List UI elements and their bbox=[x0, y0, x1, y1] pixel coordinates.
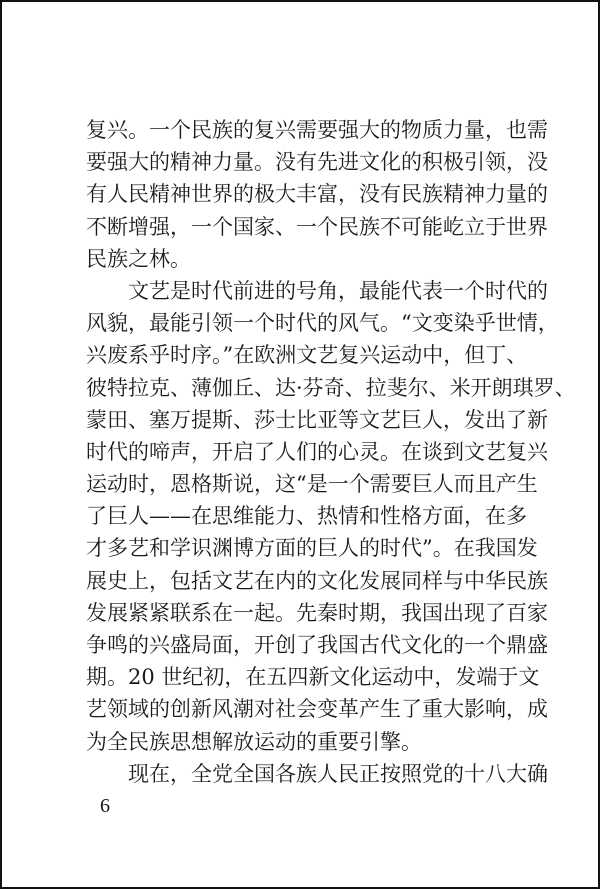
text-line: 争鸣的兴盛局面，开创了我国古代文化的一个鼎盛 bbox=[86, 629, 526, 661]
text-line: 文艺是时代前进的号角，最能代表一个时代的 bbox=[86, 275, 526, 307]
text-line: 艺领域的创新风潮对社会变革产生了重大影响，成 bbox=[86, 693, 526, 725]
text-line: 了巨人——在思维能力、热情和性格方面，在多 bbox=[86, 500, 526, 532]
text-line: 时代的啼声，开启了人们的心灵。在谈到文艺复兴 bbox=[86, 436, 526, 468]
text-line: 为全民族思想解放运动的重要引擎。 bbox=[86, 726, 526, 758]
text-line: 民族之林。 bbox=[86, 243, 526, 275]
text-line: 彼特拉克、薄伽丘、达·芬奇、拉斐尔、米开朗琪罗、 bbox=[86, 372, 526, 404]
text-line: 不断增强，一个国家、一个民族不可能屹立于世界 bbox=[86, 211, 526, 243]
text-line: 展史上，包括文艺在内的文化发展同样与中华民族 bbox=[86, 565, 526, 597]
text-line: 复兴。一个民族的复兴需要强大的物质力量，也需 bbox=[86, 114, 526, 146]
text-line: 运动时，恩格斯说，这“是一个需要巨人而且产生 bbox=[86, 468, 526, 500]
page-number: 6 bbox=[100, 795, 110, 818]
text-line: 期。20 世纪初，在五四新文化运动中，发端于文 bbox=[86, 661, 526, 693]
text-line: 才多艺和学识渊博方面的巨人的时代”。在我国发 bbox=[86, 532, 526, 564]
text-line: 发展紧紧联系在一起。先秦时期，我国出现了百家 bbox=[86, 597, 526, 629]
text-line: 兴废系乎时序。”在欧洲文艺复兴运动中，但丁、 bbox=[86, 339, 526, 371]
text-line: 有人民精神世界的极大丰富，没有民族精神力量的 bbox=[86, 178, 526, 210]
text-line: 现在，全党全国各族人民正按照党的十八大确 bbox=[86, 758, 526, 790]
book-page: 复兴。一个民族的复兴需要强大的物质力量，也需 要强大的精神力量。没有先进文化的积… bbox=[0, 0, 600, 889]
text-line: 风貌，最能引领一个时代的风气。“文变染乎世情， bbox=[86, 307, 526, 339]
text-line: 蒙田、塞万提斯、莎士比亚等文艺巨人，发出了新 bbox=[86, 404, 526, 436]
text-line: 要强大的精神力量。没有先进文化的积极引领，没 bbox=[86, 146, 526, 178]
body-text: 复兴。一个民族的复兴需要强大的物质力量，也需 要强大的精神力量。没有先进文化的积… bbox=[86, 114, 526, 790]
